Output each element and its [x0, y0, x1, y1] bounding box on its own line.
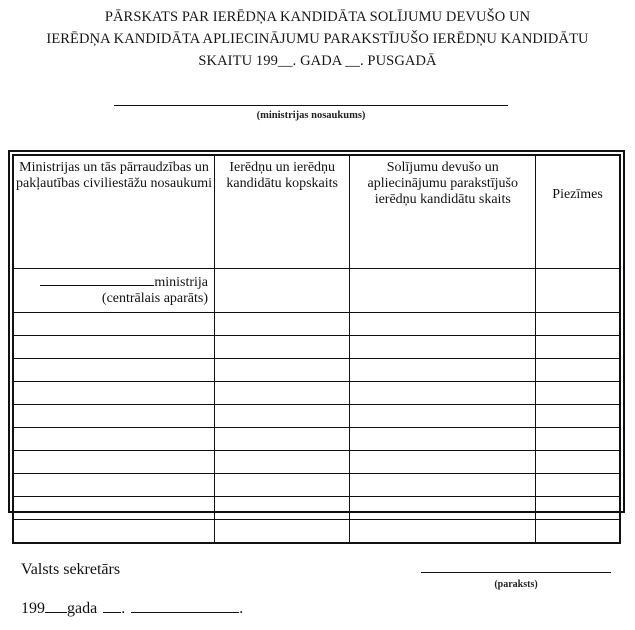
notes-cell[interactable] — [536, 269, 620, 313]
notes-cell[interactable] — [536, 451, 620, 474]
date-month-blank[interactable] — [131, 598, 239, 613]
institution-name-cell[interactable] — [13, 520, 215, 544]
table-row — [13, 405, 620, 428]
institution-name-cell[interactable] — [13, 405, 215, 428]
ministry-blank-line — [40, 273, 154, 286]
sworn-count-cell[interactable] — [350, 313, 536, 336]
total-count-cell[interactable] — [215, 359, 350, 382]
signature-caption: (paraksts) — [421, 579, 611, 590]
notes-cell[interactable] — [536, 382, 620, 405]
ministry-central-cell[interactable]: ministrija (centrālais aparāts) — [13, 269, 215, 313]
total-count-cell[interactable] — [215, 336, 350, 359]
header-institution-names: Ministrijas un tās pārraudzības un pakļa… — [13, 155, 215, 269]
total-count-cell[interactable] — [215, 474, 350, 497]
notes-cell[interactable] — [536, 520, 620, 544]
total-count-cell[interactable] — [215, 405, 350, 428]
table-row — [13, 497, 620, 520]
table-row — [13, 451, 620, 474]
title-line-1: PĀRSKATS PAR IERĒDŅA KANDIDĀTA SOLĪJUMU … — [0, 6, 635, 28]
institution-name-cell[interactable] — [13, 382, 215, 405]
notes-cell[interactable] — [536, 336, 620, 359]
notes-cell[interactable] — [536, 359, 620, 382]
table-row — [13, 474, 620, 497]
total-count-cell[interactable] — [215, 269, 350, 313]
institution-name-cell[interactable] — [13, 336, 215, 359]
table-row — [13, 313, 620, 336]
date-dot: . — [121, 600, 125, 617]
sworn-count-cell[interactable] — [350, 336, 536, 359]
table-row — [13, 359, 620, 382]
total-count-cell[interactable] — [215, 313, 350, 336]
total-count-cell[interactable] — [215, 497, 350, 520]
institution-name-cell[interactable] — [13, 497, 215, 520]
total-count-cell[interactable] — [215, 382, 350, 405]
date-year-prefix: 199 — [21, 600, 45, 617]
table-row — [13, 520, 620, 544]
total-count-cell[interactable] — [215, 428, 350, 451]
table-row — [13, 382, 620, 405]
institution-name-cell[interactable] — [13, 359, 215, 382]
sworn-count-cell[interactable] — [350, 451, 536, 474]
institution-name-cell[interactable] — [13, 474, 215, 497]
date-end-dot: . — [239, 600, 243, 617]
ministry-suffix: ministrija — [154, 275, 208, 290]
state-secretary-label: Valsts sekretārs — [21, 561, 120, 579]
table-row — [13, 428, 620, 451]
total-count-cell[interactable] — [215, 520, 350, 544]
sworn-count-cell[interactable] — [350, 359, 536, 382]
sworn-count-cell[interactable] — [350, 474, 536, 497]
table-header-row: Ministrijas un tās pārraudzības un pakļa… — [13, 155, 620, 269]
sworn-count-cell[interactable] — [350, 269, 536, 313]
report-table: Ministrijas un tās pārraudzības un pakļa… — [12, 154, 621, 544]
date-day-blank[interactable] — [103, 598, 121, 613]
document-title: PĀRSKATS PAR IERĒDŅA KANDIDĀTA SOLĪJUMU … — [0, 6, 635, 72]
ministry-name-field-line[interactable] — [114, 105, 508, 106]
sworn-count-cell[interactable] — [350, 405, 536, 428]
institution-name-cell[interactable] — [13, 451, 215, 474]
date-year-blank[interactable] — [45, 598, 67, 613]
ministry-name-caption: (ministrijas nosaukums) — [114, 110, 508, 121]
report-table-frame: Ministrijas un tās pārraudzības un pakļa… — [8, 150, 625, 513]
date-gada-label: gada — [67, 600, 97, 617]
sworn-count-cell[interactable] — [350, 497, 536, 520]
sworn-count-cell[interactable] — [350, 382, 536, 405]
sworn-count-cell[interactable] — [350, 428, 536, 451]
notes-cell[interactable] — [536, 428, 620, 451]
title-line-2: IERĒDŅA KANDIDĀTA APLIECINĀJUMU PARAKSTĪ… — [0, 28, 635, 50]
notes-cell[interactable] — [536, 474, 620, 497]
header-total-count: Ierēdņu un ierēdņu kandidātu kopskaits — [215, 155, 350, 269]
institution-name-cell[interactable] — [13, 428, 215, 451]
title-line-3: SKAITU 199__. GADA __. PUSGADĀ — [0, 50, 635, 72]
total-count-cell[interactable] — [215, 451, 350, 474]
table-row — [13, 336, 620, 359]
notes-cell[interactable] — [536, 313, 620, 336]
central-apparatus-label: (centrālais aparāts) — [14, 291, 208, 307]
notes-cell[interactable] — [536, 497, 620, 520]
signature-field-line[interactable] — [421, 572, 611, 573]
header-notes: Piezīmes — [536, 155, 620, 269]
date-line: 199gada.. — [21, 598, 243, 618]
institution-name-cell[interactable] — [13, 313, 215, 336]
sworn-count-cell[interactable] — [350, 520, 536, 544]
header-sworn-count: Solījumu devušo un apliecinājumu parakst… — [350, 155, 536, 269]
notes-cell[interactable] — [536, 405, 620, 428]
table-row: ministrija (centrālais aparāts) — [13, 269, 620, 313]
